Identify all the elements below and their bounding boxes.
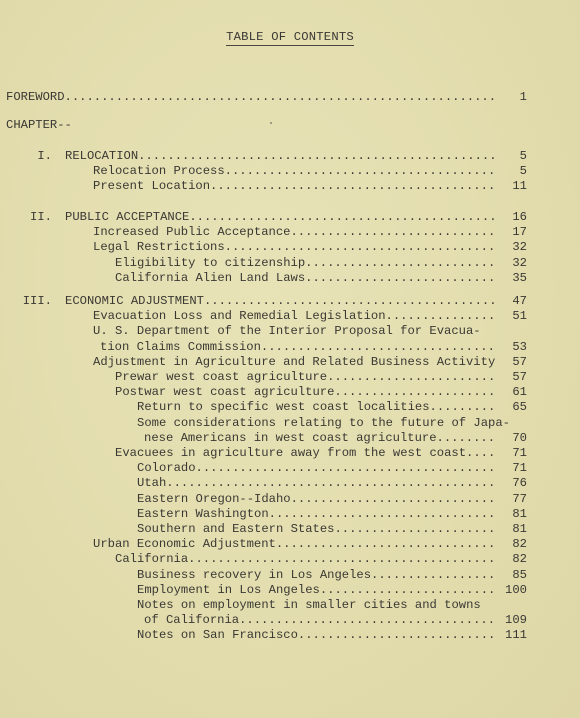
page-number: 71	[0, 446, 527, 461]
title-text: TABLE OF CONTENTS	[226, 30, 354, 46]
page-number: 70	[0, 431, 527, 446]
page-number: 81	[0, 507, 527, 522]
entry-title: Some considerations relating to the futu…	[137, 416, 510, 430]
paper-speck	[270, 122, 272, 124]
page-number: 11	[0, 179, 527, 194]
page-number: 51	[0, 309, 527, 324]
entry-title: Notes on employment in smaller cities an…	[137, 598, 481, 612]
page-number: 85	[0, 568, 527, 583]
page-number: 47	[0, 294, 527, 309]
chapter-heading: CHAPTER--	[6, 118, 72, 133]
page-number: 32	[0, 240, 527, 255]
toc-entry: Notes on employment in smaller cities an…	[137, 598, 481, 613]
page-number: 32	[0, 256, 527, 271]
page-number: 5	[0, 149, 527, 164]
page-number: 16	[0, 210, 527, 225]
page-number: 35	[0, 271, 527, 286]
page-number: 61	[0, 385, 527, 400]
page-number: 77	[0, 492, 527, 507]
page-number: 1	[0, 90, 527, 105]
entry-title: U. S. Department of the Interior Proposa…	[93, 324, 481, 338]
document-page: TABLE OF CONTENTS FOREWORD..............…	[0, 0, 580, 718]
page-number: 81	[0, 522, 527, 537]
page-number: 57	[0, 370, 527, 385]
toc-entry: Some considerations relating to the futu…	[137, 416, 510, 431]
page-number: 82	[0, 552, 527, 567]
page-number: 5	[0, 164, 527, 179]
page-number: 76	[0, 476, 527, 491]
page-number: 100	[0, 583, 527, 598]
page-number: 111	[0, 628, 527, 643]
page-title: TABLE OF CONTENTS	[0, 30, 580, 46]
page-number: 71	[0, 461, 527, 476]
toc-entry: U. S. Department of the Interior Proposa…	[93, 324, 481, 339]
page-number: 17	[0, 225, 527, 240]
page-number: 82	[0, 537, 527, 552]
page-number: 65	[0, 400, 527, 415]
page-number: 57	[0, 355, 527, 370]
page-number: 53	[0, 340, 527, 355]
page-number: 109	[0, 613, 527, 628]
